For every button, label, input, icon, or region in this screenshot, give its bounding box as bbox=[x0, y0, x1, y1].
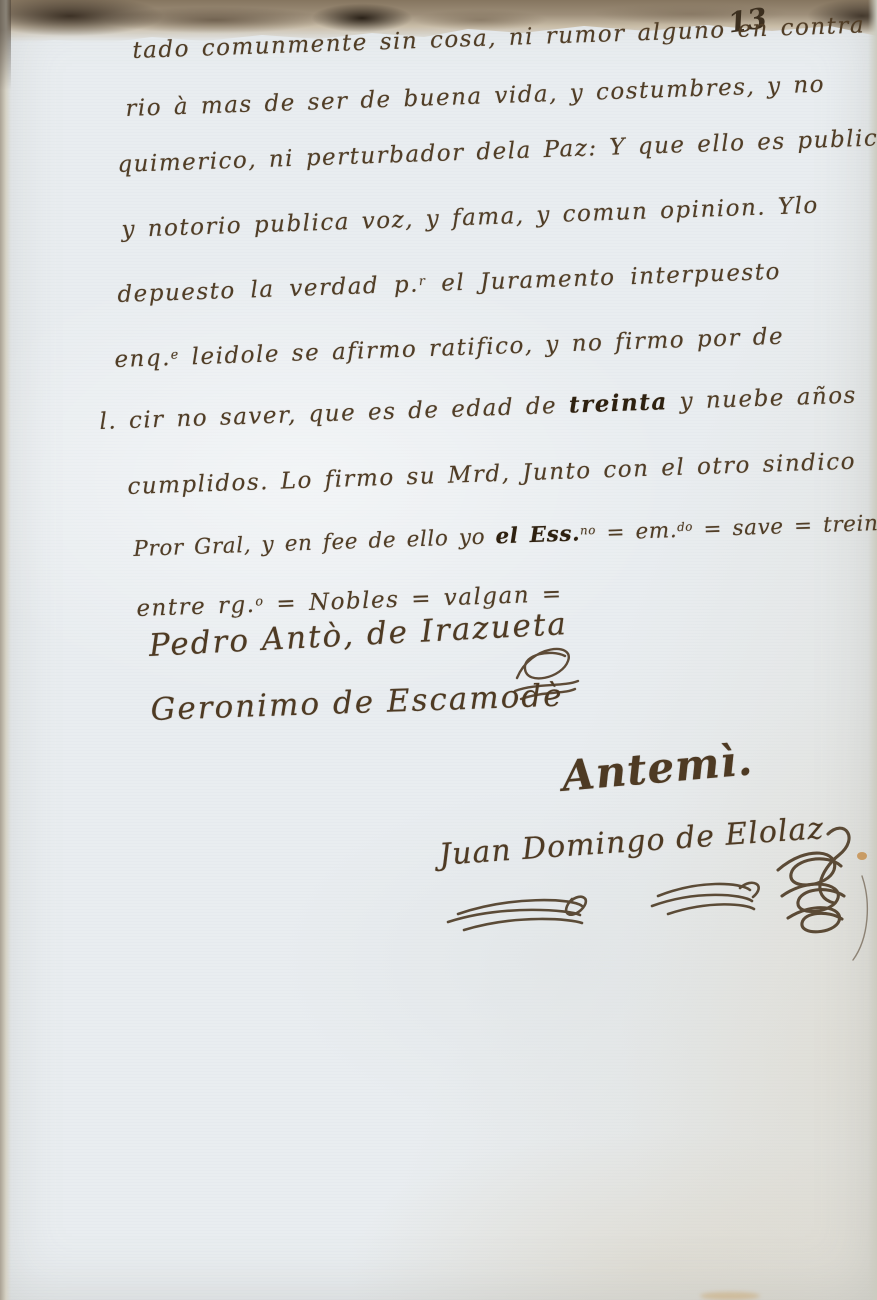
manuscript-text-segment: = em. bbox=[596, 518, 678, 546]
manuscript-line: quimerico, ni perturbador dela Paz: Y qu… bbox=[117, 125, 877, 178]
manuscript-lines: tado comunmente sin cosa, ni rumor algun… bbox=[0, 0, 877, 1300]
manuscript-line: l. cir no saver, que es de edad de trein… bbox=[99, 382, 857, 435]
manuscript-line: cumplidos. Lo firmo su Mrd, Junto con el… bbox=[127, 449, 856, 500]
manuscript-text-segment: el Juramento interpuesto bbox=[426, 259, 781, 297]
manuscript-text-segment: treinta bbox=[568, 388, 668, 418]
manuscript-line: enq.e leidole se afirmo ratifico, y no f… bbox=[114, 324, 785, 373]
manuscript-text-segment: l. cir no saver, que es de edad de bbox=[99, 393, 569, 435]
manuscript-line: depuesto la verdad p.r el Juramento inte… bbox=[117, 259, 781, 308]
manuscript-text-segment: Pror Gral, y en fee de ello yo bbox=[133, 524, 496, 562]
manuscript-text-segment: no bbox=[580, 523, 596, 538]
manuscript-text-segment: enq. bbox=[114, 345, 171, 373]
manuscript-text-segment: do bbox=[677, 520, 693, 535]
manuscript-text-segment: leidole se afirmo ratifico, y no firmo p… bbox=[179, 324, 784, 371]
manuscript-text-segment: y notorio publica voz, y fama, y comun o… bbox=[121, 193, 819, 243]
manuscript-text-segment: tado comunmente sin cosa, ni rumor algun… bbox=[132, 12, 877, 64]
manuscript-text-segment: depuesto la verdad p. bbox=[117, 271, 419, 308]
manuscript-text-segment: rio à mas de ser de buena vida, y costum… bbox=[125, 72, 825, 122]
manuscript-text-segment: el Ess. bbox=[495, 521, 580, 549]
manuscript-text-segment: quimerico, ni perturbador dela Paz: Y qu… bbox=[117, 125, 877, 178]
manuscript-text-segment: y nuebe años bbox=[667, 383, 857, 416]
manuscript-line: rio à mas de ser de buena vida, y costum… bbox=[125, 72, 825, 122]
manuscript-text-segment: cumplidos. Lo firmo su Mrd, Junto con el… bbox=[127, 449, 856, 500]
manuscript-line: tado comunmente sin cosa, ni rumor algun… bbox=[132, 12, 877, 64]
manuscript-line: y notorio publica voz, y fama, y comun o… bbox=[121, 193, 819, 243]
ink-stain bbox=[857, 852, 867, 860]
manuscript-text-segment: entre rg. bbox=[136, 592, 256, 622]
manuscript-page: 13 tado comunmente sin cosa, ni rumor al… bbox=[0, 0, 877, 1300]
bottom-stain bbox=[700, 1292, 760, 1300]
manuscript-line: Pror Gral, y en fee de ello yo el Ess.no… bbox=[133, 509, 877, 562]
manuscript-text-segment: = save = treinta = bbox=[693, 509, 877, 542]
